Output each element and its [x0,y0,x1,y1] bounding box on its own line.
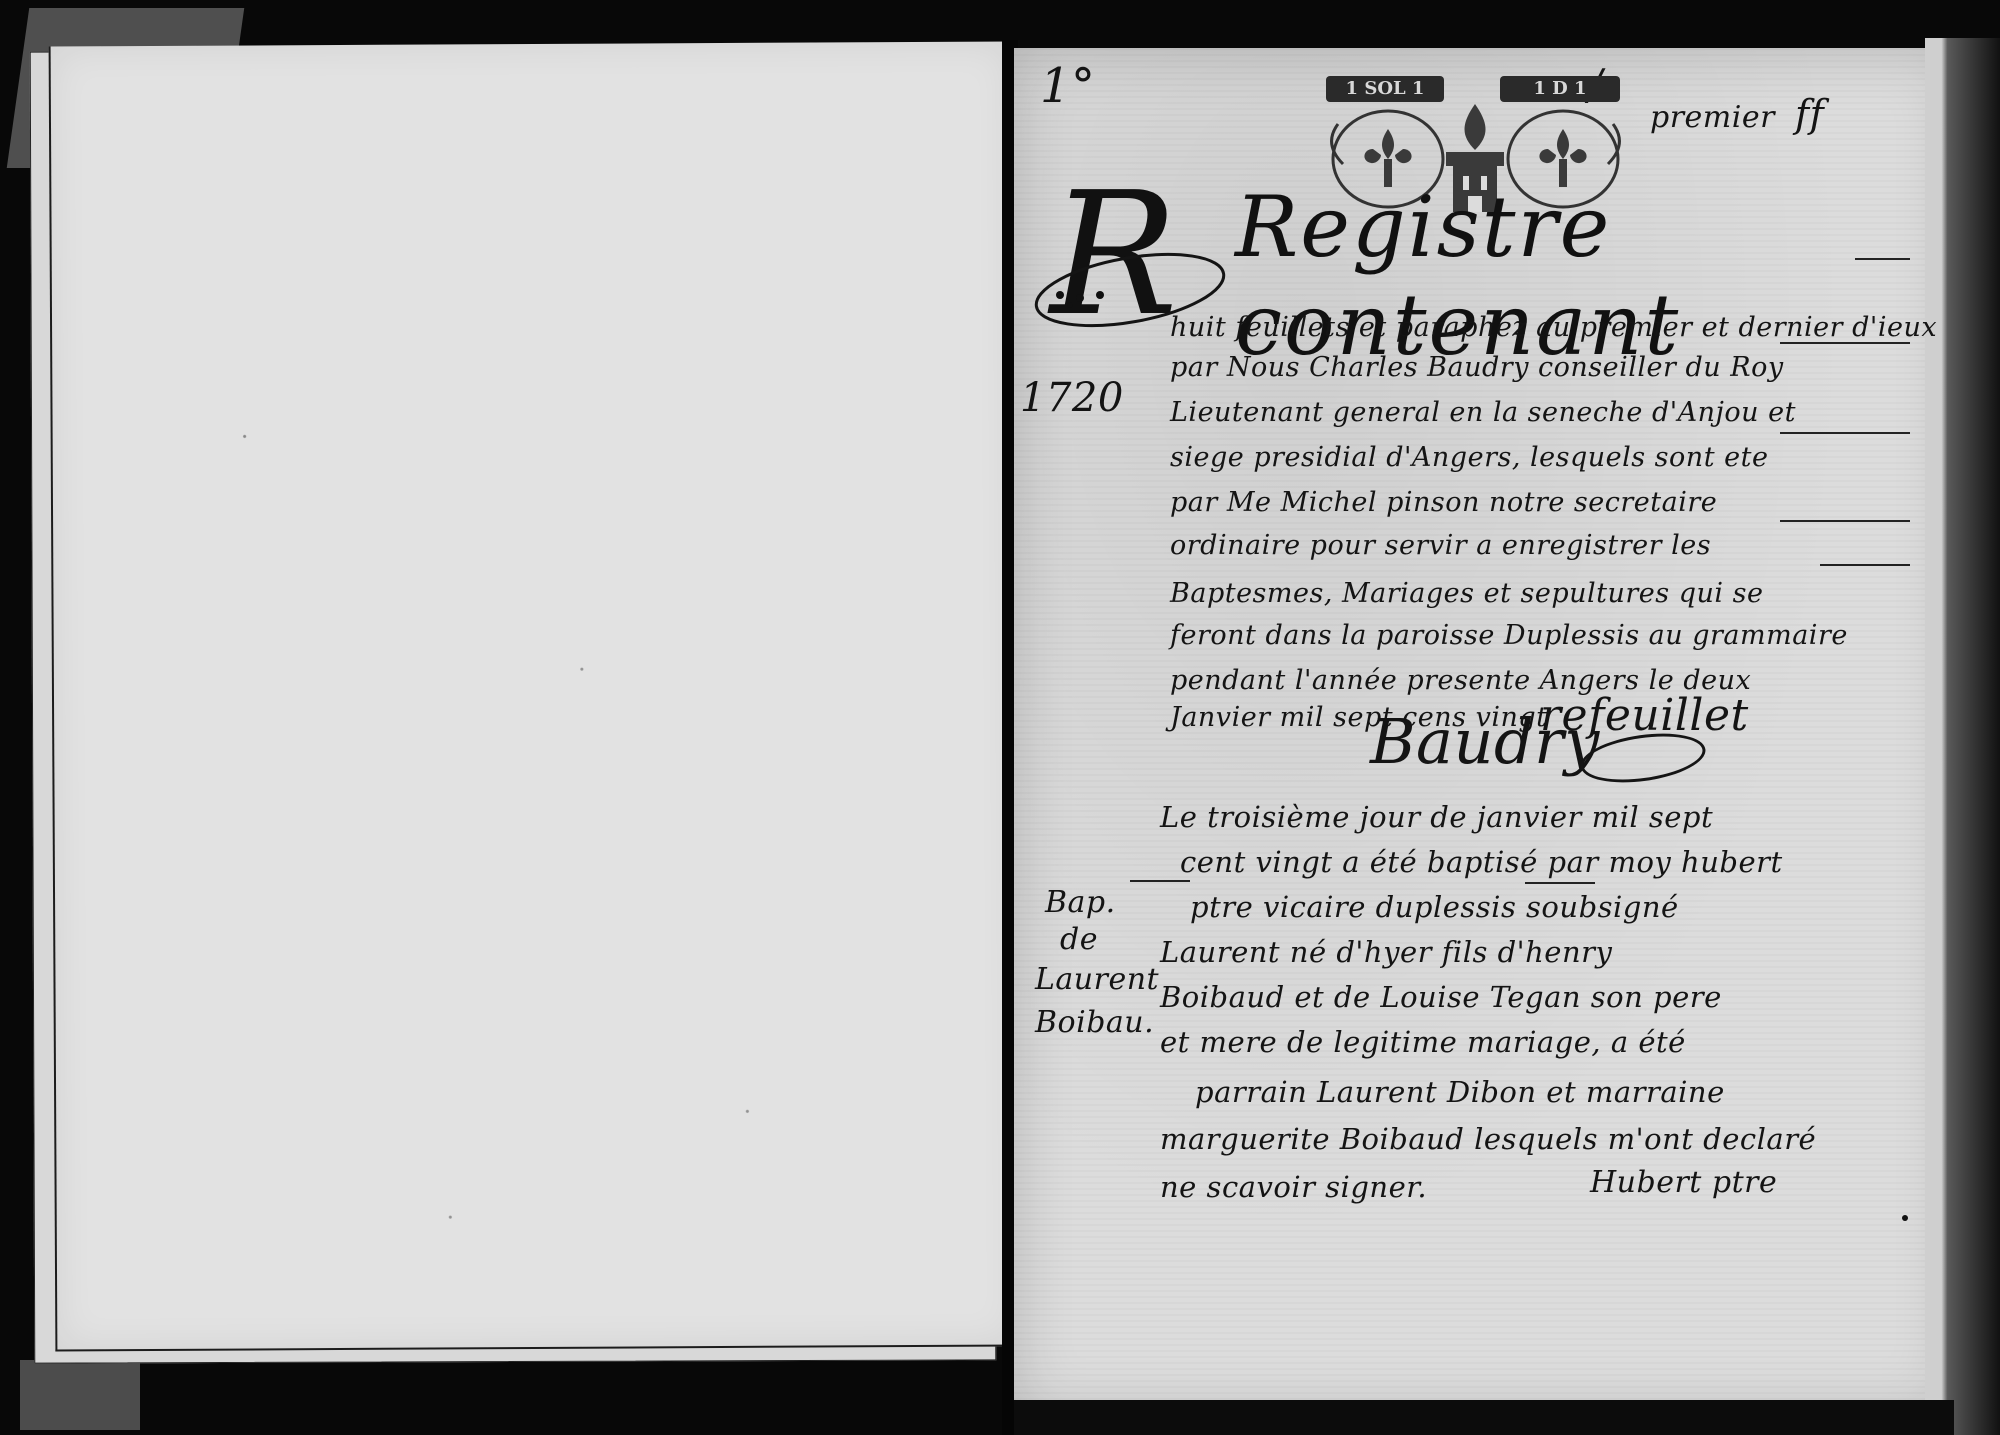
entry-dash [1525,882,1595,884]
stamp-left-band: 1 SOL 1 [1326,76,1444,102]
preamble-line: par Me Michel pinson notre secretaire [1170,487,1717,518]
preamble-line: Baptesmes, Mariages et sepultures qui se [1170,578,1763,609]
margin-note-line: Boibau. [1035,1005,1154,1040]
entry-line: cent vingt a été baptisé par moy hubert [1180,845,1783,879]
entry-line: et mere de legitime mariage, a été [1160,1025,1686,1059]
preamble-line: feront dans la paroisse Duplessis au gra… [1170,620,1848,651]
preamble-line: huit feuillets et paraphez au premier et… [1170,312,1937,343]
preamble-line: ordinaire pour servir a enregistrer les [1170,530,1711,561]
page-bottom-shadow [1014,1400,1954,1435]
paraph-mark: ff [1795,92,1824,136]
entry-dash [1130,880,1190,882]
preamble-line: siege presidial d'Angers, lesquels sont … [1170,442,1768,473]
preamble-line: par Nous Charles Baudry conseiller du Ro… [1170,352,1784,383]
line-filler [1780,342,1910,344]
margin-note-line: de [1060,922,1098,957]
entry-line: ptre vicaire duplessis soubsigné [1190,890,1679,924]
margin-year: 1720 [1020,375,1124,421]
line-filler [1780,432,1910,434]
signature-refeuillet: refeuillet [1540,690,1749,741]
title-underline [1855,258,1910,260]
line-filler [1820,564,1910,566]
entry-line: marguerite Boibaud lesquels m'ont declar… [1160,1122,1816,1156]
book-cover-corner-bottom [20,1360,140,1430]
margin-note-line: Laurent [1035,962,1159,997]
ink-dot [1902,1215,1908,1221]
entry-line: Le troisième jour de janvier mil sept [1160,800,1713,834]
entry-line: Laurent né d'hyer fils d'henry [1160,935,1612,969]
register-scan: 1° / premier ff 1 SOL 1 1 D 1 [0,0,2000,1435]
register-title: Registre contenant [1235,178,2000,374]
preamble-line: Lieutenant general en la seneche d'Anjou… [1170,397,1796,428]
margin-note-line: Bap. [1045,885,1116,920]
stamp-right-band: 1 D 1 [1500,76,1620,102]
folio-mark: 1° [1040,58,1096,114]
signature-hubert: Hubert ptre [1590,1165,1777,1200]
line-filler [1780,520,1910,522]
left-blank-page [49,41,1018,1351]
entry-line: Boibaud et de Louise Tegan son pere [1160,980,1722,1014]
premier-note: premier [1650,100,1775,135]
entry-line: ne scavoir signer. [1160,1170,1427,1204]
entry-line: parrain Laurent Dibon et marraine [1195,1075,1725,1109]
